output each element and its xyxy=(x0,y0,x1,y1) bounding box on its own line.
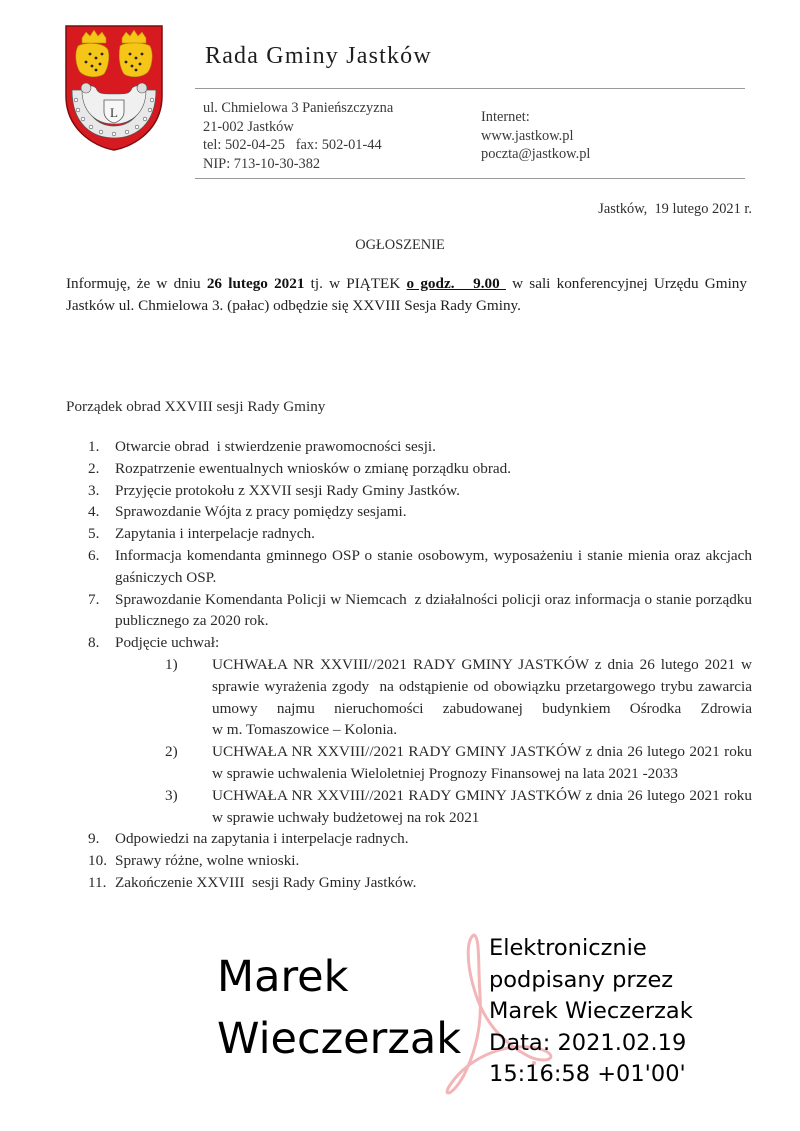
session-time: o godz. 9.00 xyxy=(407,275,506,292)
announcement-heading: OGŁOSZENIE xyxy=(0,237,800,254)
header-divider-bottom xyxy=(195,178,745,179)
agenda-item: 5.Zapytania i interpelacje radnych. xyxy=(66,523,752,545)
council-title: Rada Gminy Jastków xyxy=(205,43,432,70)
address-phone-fax: tel: 502-04-25 fax: 502-01-44 xyxy=(203,136,393,155)
agenda-item: 2.Rozpatrzenie ewentualnych wniosków o z… xyxy=(66,458,752,480)
email-link[interactable]: poczta@jastkow.pl xyxy=(481,145,590,164)
svg-text:L: L xyxy=(110,105,118,120)
agenda-item: 3.Przyjęcie protokołu z XXVII sesji Rady… xyxy=(66,480,752,502)
agenda-item: 6.Informacja komendanta gminnego OSP o s… xyxy=(66,545,752,589)
jastkow-coat-of-arms-icon: L xyxy=(64,24,164,152)
agenda-item: 11.Zakończenie XXVIII sesji Rady Gminy J… xyxy=(66,872,752,894)
agenda-item: 9.Odpowiedzi na zapytania i interpelacje… xyxy=(66,828,752,850)
address-nip: NIP: 713-10-30-382 xyxy=(203,155,393,174)
address-street: ul. Chmielowa 3 Panieńszczyzna xyxy=(203,99,393,118)
signature-details: Elektronicznie podpisany przez Marek Wie… xyxy=(489,933,693,1091)
address-postal: 21-002 Jastków xyxy=(203,118,393,137)
agenda-item: 7.Sprawozdanie Komendanta Policji w Niem… xyxy=(66,589,752,633)
internet-block: Internet: www.jastkow.pl poczta@jastkow.… xyxy=(481,108,590,164)
resolution-item: 1)UCHWAŁA NR XXVIII//2021 RADY GMINY JAS… xyxy=(165,654,752,741)
agenda-title: Porządek obrad XXVIII sesji Rady Gminy xyxy=(66,398,325,416)
address-block: ul. Chmielowa 3 Panieńszczyzna 21-002 Ja… xyxy=(203,99,393,173)
resolution-item: 3)UCHWAŁA NR XXVIII//2021 RADY GMINY JAS… xyxy=(165,785,752,829)
agenda-item: 8.Podjęcie uchwał: 1)UCHWAŁA NR XXVIII//… xyxy=(66,632,752,828)
resolution-item: 2)UCHWAŁA NR XXVIII//2021 RADY GMINY JAS… xyxy=(165,741,752,785)
announcement-intro: Informuję, że w dniu 26 lutego 2021 tj. … xyxy=(66,273,747,317)
agenda-item: 1.Otwarcie obrad i stwierdzenie prawomoc… xyxy=(66,436,752,458)
agenda-item: 10.Sprawy różne, wolne wnioski. xyxy=(66,850,752,872)
header-divider-top xyxy=(195,88,745,89)
website-link[interactable]: www.jastkow.pl xyxy=(481,127,590,146)
resolutions-list: 1)UCHWAŁA NR XXVIII//2021 RADY GMINY JAS… xyxy=(115,654,752,828)
signer-name: Marek Wieczerzak xyxy=(217,946,461,1070)
document-date: Jastków, 19 lutego 2021 r. xyxy=(598,201,752,218)
agenda-list: 1.Otwarcie obrad i stwierdzenie prawomoc… xyxy=(66,436,752,894)
agenda-item: 4.Sprawozdanie Wójta z pracy pomiędzy se… xyxy=(66,501,752,523)
session-date: 26 lutego 2021 xyxy=(207,275,305,292)
internet-label: Internet: xyxy=(481,108,590,127)
